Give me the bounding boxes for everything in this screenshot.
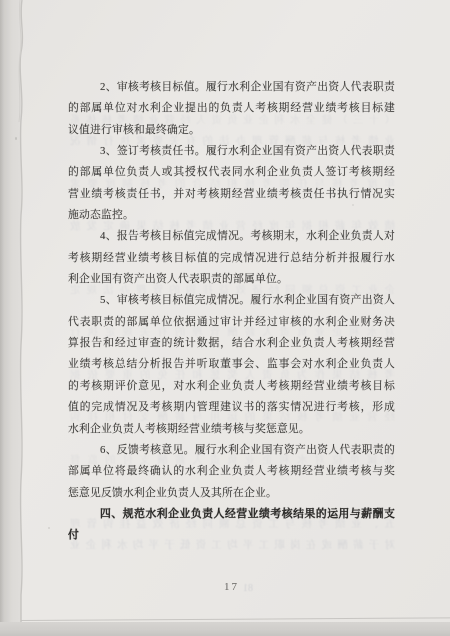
body-line: 水利企业负责人考核期经营业绩考核与奖惩意见。 <box>68 421 395 442</box>
body-line: 的考核期评价意见，对水利企业负责人考核期经营业绩考核目标 <box>68 378 395 399</box>
body-line: 算报告和经过审查的统计数据，结合水利企业负责人考核期经营 <box>68 335 395 356</box>
body-line: 考核期经营业绩考核目标值的完成情况进行总结分析并报履行水 <box>68 250 395 271</box>
body-line: 值的完成情况及考核期内管理建议书的落实情况进行考核，形成 <box>68 399 395 420</box>
body-line: 代表职责的部属单位依据通过审计并经过审核的水利企业财务决 <box>68 314 395 335</box>
scan-speck <box>352 204 354 206</box>
scan-speck <box>15 137 17 140</box>
section-heading-line: 付 <box>68 527 395 548</box>
document-text: 2、审核考核目标值。履行水利企业国有资产出资人代表职责 的部属单位对水利企业提出… <box>68 79 395 549</box>
body-line: 施动态监控。 <box>68 207 395 228</box>
body-line: 2、审核考核目标值。履行水利企业国有资产出资人代表职责 <box>68 79 395 100</box>
scanned-document-page: （十三）健全水利企业负责人经营业绩考核体系 业绩考核与薪酬管理办法的有关要求执行… <box>0 0 450 636</box>
body-line: 4、报告考核目标值完成情况。考核期末，水利企业负责人对 <box>68 228 395 249</box>
body-line: 业绩考核总结分析报告并听取董事会、监事会对水利企业负责人 <box>68 356 395 377</box>
body-line: 部属单位将最终确认的水利企业负责人考核期经营业绩考核与奖 <box>68 463 395 484</box>
body-line: 的部属单位负责人或其授权代表同水利企业负责人签订考核期经 <box>68 164 395 185</box>
body-line: 3、签订考核责任书。履行水利企业国有资产出资人代表职责 <box>68 143 395 164</box>
body-line: 的部属单位对水利企业提出的负责人考核期经营业绩考核目标建 <box>68 100 395 121</box>
scanner-background-bottom <box>0 622 450 636</box>
section-heading-line: 四、规范水利企业负责人经营业绩考核结果的运用与薪酬支 <box>68 506 395 527</box>
torn-paper-left-edge <box>15 0 29 622</box>
body-line: 利企业国有资产出资人代表职责的部属单位。 <box>68 271 395 292</box>
body-line: 议值进行审核和最终确定。 <box>68 122 395 143</box>
body-line: 营业绩考核责任书，并对考核期经营业绩考核责任书执行情况实 <box>68 186 395 207</box>
page-number: 17 <box>68 581 395 593</box>
body-line: 6、反馈考核意见。履行水利企业国有资产出资人代表职责的 <box>68 442 395 463</box>
body-line: 5、审核考核目标值完成情况。履行水利企业国有资产出资人 <box>68 292 395 313</box>
body-line: 惩意见反馈水利企业负责人及其所在企业。 <box>68 485 395 506</box>
scan-speck <box>48 527 50 529</box>
